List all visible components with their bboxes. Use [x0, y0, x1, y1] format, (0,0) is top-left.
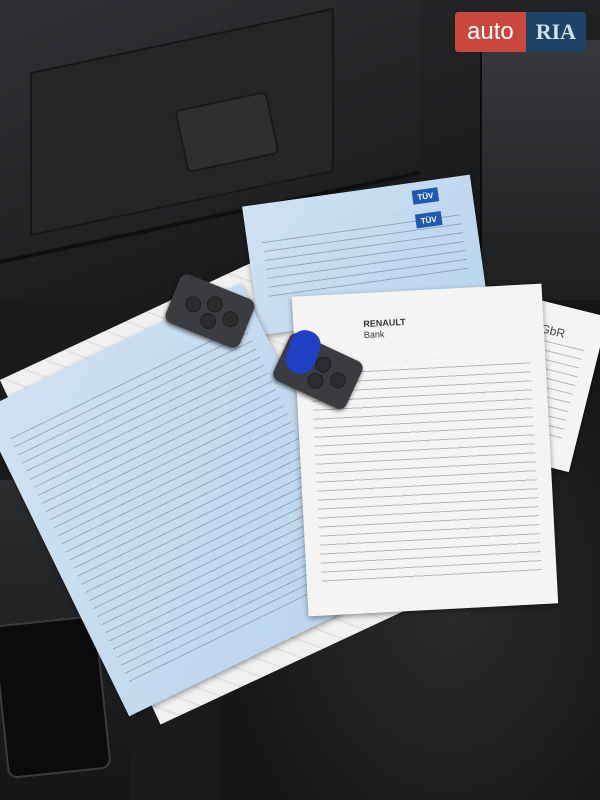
door-panel: [480, 40, 600, 300]
watermark-auto: auto: [455, 12, 526, 52]
autoria-watermark: auto RIA: [455, 12, 586, 52]
key-button: [183, 294, 204, 315]
key-button: [327, 370, 348, 391]
bank-sender-sub: Bank: [364, 329, 385, 340]
tuv-logo: TÜV: [412, 187, 440, 204]
key-button: [204, 294, 225, 315]
bank-sender: RENAULT: [363, 317, 406, 329]
watermark-ria: RIA: [526, 12, 586, 52]
key-button: [220, 309, 241, 330]
watermark-ria-text: RIA: [536, 19, 576, 45]
bank-letter: RENAULT Bank: [292, 284, 558, 617]
key-button: [198, 311, 219, 332]
key-button: [305, 370, 326, 391]
